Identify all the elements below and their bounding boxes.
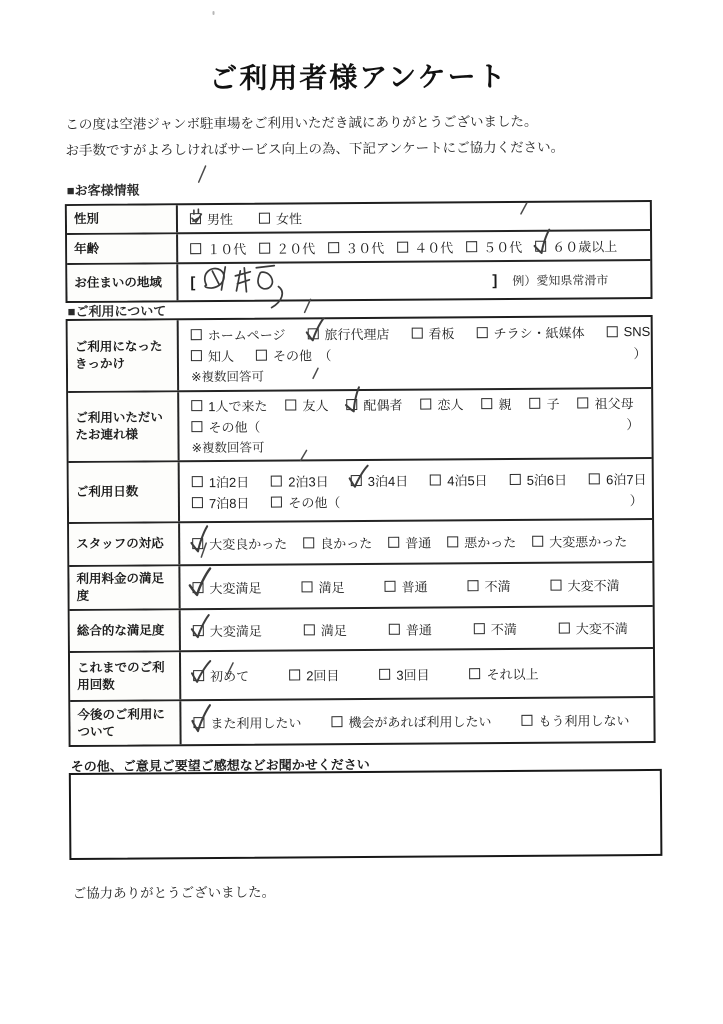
table-row: これまでのご利用回数 初めて2回目3回目それ以上 bbox=[70, 647, 653, 700]
checkbox[interactable] bbox=[420, 398, 431, 409]
checkbox[interactable] bbox=[191, 400, 202, 411]
option-label: 友人 bbox=[302, 395, 328, 414]
checkbox[interactable] bbox=[389, 623, 400, 634]
checkbox[interactable] bbox=[521, 715, 532, 726]
option: 普通 bbox=[388, 533, 431, 552]
option-label: 不満 bbox=[491, 618, 517, 637]
option-label: 女性 bbox=[276, 208, 302, 227]
row-options: 男性女性 bbox=[178, 202, 650, 232]
checkbox[interactable] bbox=[256, 349, 267, 360]
option: ５０代 bbox=[466, 236, 522, 255]
option-label: 大変不満 bbox=[568, 575, 620, 594]
option: 5泊6日 bbox=[510, 469, 568, 488]
option-line: 知人その他 （） bbox=[191, 342, 651, 365]
table-row: ご利用いただいたお連れ様1人で来た友人 配偶者恋人親子祖父母その他（）※複数回答… bbox=[68, 387, 651, 461]
option-label: その他（ bbox=[208, 416, 260, 435]
option-checked: 大変良かった bbox=[192, 534, 287, 554]
row-label: ご利用になったきっかけ bbox=[68, 320, 179, 391]
checkbox[interactable] bbox=[193, 625, 204, 636]
table-row: スタッフの対応 大変良かった良かった普通悪かった大変悪かった bbox=[69, 518, 652, 565]
option-label: ホームページ bbox=[208, 324, 286, 344]
option-checked: また利用したい bbox=[193, 712, 301, 732]
checkbox[interactable] bbox=[388, 537, 399, 548]
table-row: お住まいの地域[ ]例）愛知県常滑市 bbox=[67, 259, 650, 301]
option-label: 祖父母 bbox=[594, 393, 633, 412]
option-line: ホームページ 旅行代理店看板チラシ・紙媒体SNS bbox=[191, 321, 651, 344]
option-label: また利用したい bbox=[210, 712, 301, 732]
checkbox[interactable] bbox=[466, 241, 477, 252]
option: チラシ・紙媒体 bbox=[476, 322, 584, 342]
pen-slash-mark bbox=[196, 164, 208, 184]
row-options: 初めて2回目3回目それ以上 bbox=[181, 649, 653, 699]
option: SNS bbox=[606, 323, 650, 338]
option: 満足 bbox=[304, 620, 347, 639]
customer-info-table: 性別 男性女性年齢１０代２０代３０代４０代５０代 ６０歳以上お住まいの地域[ ]… bbox=[65, 200, 653, 303]
checkbox[interactable] bbox=[607, 326, 618, 337]
option-label: 親 bbox=[498, 393, 511, 412]
option: 2回目 bbox=[289, 665, 339, 684]
option-label: 3回目 bbox=[396, 665, 429, 684]
option-label: 不満 bbox=[484, 575, 510, 594]
checkbox[interactable] bbox=[271, 496, 282, 507]
option-line: 男性女性 bbox=[190, 206, 642, 229]
row-label: ご利用いただいたお連れ様 bbox=[68, 392, 179, 461]
option-label: 大変悪かった bbox=[549, 531, 627, 551]
option-label: 普通 bbox=[406, 619, 432, 638]
checkbox[interactable] bbox=[430, 474, 441, 485]
option: 機会があれば利用したい bbox=[331, 711, 491, 731]
scanned-survey-sheet: ご利用者様アンケート この度は空港ジャンボ駐車場をご利用いただき誠にありがとうご… bbox=[0, 0, 723, 1024]
checkbox[interactable] bbox=[192, 476, 203, 487]
option: １０代 bbox=[190, 238, 246, 257]
checkbox[interactable] bbox=[385, 580, 396, 591]
intro-line-1: この度は空港ジャンボ駐車場をご利用いただき誠にありがとうございました。 bbox=[65, 109, 564, 138]
checkbox[interactable] bbox=[304, 624, 315, 635]
option-label: 4泊5日 bbox=[447, 470, 488, 489]
option-line: 1人で来た友人 配偶者恋人親子祖父母 bbox=[191, 392, 643, 415]
option-label: 旅行代理店 bbox=[324, 323, 389, 342]
option-label: １０代 bbox=[207, 238, 246, 257]
option-label: 6泊7日 bbox=[606, 469, 647, 488]
close-paren: ） bbox=[630, 490, 647, 509]
option-label: もう利用しない bbox=[538, 710, 629, 730]
option-label: 恋人 bbox=[437, 394, 463, 413]
option: 女性 bbox=[259, 208, 302, 227]
option-label: 看板 bbox=[428, 323, 454, 342]
option: 看板 bbox=[411, 323, 454, 342]
option-label: 大変満足 bbox=[209, 577, 261, 596]
option-line: １０代２０代３０代４０代５０代 ６０歳以上 bbox=[190, 235, 642, 258]
option-line: 7泊8日その他（） bbox=[192, 489, 647, 512]
row-options: 大変満足満足普通不満大変不満 bbox=[180, 563, 652, 608]
option-label: 2泊3日 bbox=[288, 471, 329, 490]
option: 友人 bbox=[285, 395, 328, 414]
checkbox[interactable] bbox=[551, 579, 562, 590]
option-label: 子 bbox=[546, 393, 559, 412]
option-label: チラシ・紙媒体 bbox=[493, 322, 584, 342]
checkbox[interactable] bbox=[470, 668, 481, 679]
row-label: これまでのご利用回数 bbox=[70, 652, 181, 700]
bracket-close: ] bbox=[492, 272, 497, 289]
option-label: SNS bbox=[623, 323, 650, 338]
option-checked: 配偶者 bbox=[346, 394, 402, 413]
option-label: 1人で来た bbox=[208, 395, 267, 414]
option-line: 大変良かった良かった普通悪かった大変悪かった bbox=[192, 531, 644, 554]
option-label: 普通 bbox=[405, 533, 431, 552]
row-options: 1泊2日2泊3日 3泊4日4泊5日5泊6日6泊7日7泊8日その他（） bbox=[180, 459, 655, 521]
comments-box[interactable] bbox=[69, 769, 663, 860]
checkbox[interactable] bbox=[331, 716, 342, 727]
option-label: 大変良かった bbox=[209, 534, 287, 554]
checkbox[interactable] bbox=[307, 328, 318, 339]
table-row: 性別 男性女性 bbox=[67, 202, 650, 233]
option-label: 配偶者 bbox=[363, 394, 402, 413]
option-line: ※複数回答可 bbox=[191, 363, 651, 386]
row-options: 大変良かった良かった普通悪かった大変悪かった bbox=[180, 520, 652, 564]
page-title: ご利用者様アンケート bbox=[0, 53, 720, 98]
option: ３０代 bbox=[328, 237, 384, 256]
option-label: 悪かった bbox=[464, 532, 516, 551]
option-line: 大変満足満足普通不満大変不満 bbox=[193, 617, 645, 640]
option-checked: 大変満足 bbox=[192, 577, 261, 596]
checkbox[interactable] bbox=[328, 242, 339, 253]
row-options: 1人で来た友人 配偶者恋人親子祖父母その他（）※複数回答可 bbox=[179, 389, 651, 460]
option-label: 初めて bbox=[210, 666, 249, 685]
table-row: ご利用になったきっかけホームページ 旅行代理店看板チラシ・紙媒体SNS知人その他… bbox=[68, 317, 651, 391]
option-label: ５０代 bbox=[483, 236, 522, 255]
checkbox[interactable] bbox=[346, 399, 357, 410]
checkbox[interactable] bbox=[530, 397, 541, 408]
option-checked: 男性 bbox=[190, 209, 233, 228]
option-label: 男性 bbox=[207, 209, 233, 228]
checkbox[interactable] bbox=[271, 475, 282, 486]
option: 子 bbox=[529, 393, 559, 412]
checkbox[interactable] bbox=[301, 581, 312, 592]
handwriting-icon bbox=[192, 258, 316, 311]
option-line: 1泊2日2泊3日 3泊4日4泊5日5泊6日6泊7日 bbox=[192, 468, 647, 491]
option-label: 1泊2日 bbox=[209, 471, 250, 490]
section-heading-customer-info: ■お客様情報 bbox=[67, 180, 140, 200]
option: もう利用しない bbox=[521, 710, 629, 730]
option-label: ６０歳以上 bbox=[552, 236, 617, 255]
option-label: 良かった bbox=[320, 533, 372, 552]
checkbox[interactable] bbox=[259, 213, 270, 224]
option-label: 知人 bbox=[208, 345, 234, 364]
option: 満足 bbox=[301, 577, 344, 596]
checkbox[interactable] bbox=[535, 240, 546, 251]
option: それ以上 bbox=[470, 664, 539, 683]
row-options: また利用したい機会があれば利用したいもう利用しない bbox=[181, 698, 653, 744]
option: 普通 bbox=[389, 619, 432, 638]
handwritten-text bbox=[198, 266, 310, 297]
close-paren: ） bbox=[633, 342, 650, 361]
option-checked: ６０歳以上 bbox=[535, 236, 617, 256]
checkbox[interactable] bbox=[379, 669, 390, 680]
option-line: その他（） bbox=[191, 413, 643, 436]
option: 4泊5日 bbox=[430, 470, 488, 489]
option: 知人 bbox=[191, 345, 234, 364]
checkbox[interactable] bbox=[193, 717, 204, 728]
option: 大変不満 bbox=[559, 618, 628, 637]
option-label: 普通 bbox=[401, 576, 427, 595]
intro-text: この度は空港ジャンボ駐車場をご利用いただき誠にありがとうございました。 お手数で… bbox=[65, 109, 564, 164]
checkbox[interactable] bbox=[468, 580, 479, 591]
option-label: 満足 bbox=[321, 620, 347, 639]
checkbox[interactable] bbox=[193, 670, 204, 681]
example-text: 例）愛知県常滑市 bbox=[512, 271, 608, 289]
checkbox[interactable] bbox=[191, 350, 202, 361]
row-label: 総合的な満足度 bbox=[70, 610, 181, 651]
table-row: 年齢１０代２０代３０代４０代５０代 ６０歳以上 bbox=[67, 229, 650, 263]
option: 7泊8日 bbox=[192, 492, 250, 511]
row-label: 今後のご利用について bbox=[70, 701, 181, 745]
checkbox[interactable] bbox=[476, 327, 487, 338]
option-label: ４０代 bbox=[414, 237, 453, 256]
option-label: それ以上 bbox=[487, 664, 539, 683]
checkbox[interactable] bbox=[303, 537, 314, 548]
checkbox[interactable] bbox=[447, 536, 458, 547]
option: 1人で来た bbox=[191, 395, 267, 415]
option: その他 （ bbox=[256, 345, 332, 365]
checkbox[interactable] bbox=[481, 398, 492, 409]
option-label: 3泊4日 bbox=[368, 470, 409, 489]
row-options: [ ]例）愛知県常滑市 bbox=[178, 261, 650, 300]
option: ホームページ bbox=[191, 324, 286, 344]
option: 6泊7日 bbox=[589, 469, 647, 488]
checkbox[interactable] bbox=[578, 397, 589, 408]
row-label: ご利用日数 bbox=[69, 462, 180, 522]
multi-answer-note: ※複数回答可 bbox=[191, 367, 264, 386]
row-label: 年齢 bbox=[67, 234, 178, 263]
checkbox[interactable] bbox=[510, 473, 521, 484]
checkbox[interactable] bbox=[397, 241, 408, 252]
checkbox[interactable] bbox=[191, 421, 202, 432]
spacer bbox=[311, 280, 491, 281]
option: 祖父母 bbox=[577, 393, 633, 412]
option: 大変悪かった bbox=[532, 531, 627, 551]
row-label: 性別 bbox=[67, 205, 178, 233]
row-options: 大変満足満足普通不満大変不満 bbox=[181, 607, 653, 650]
option: 1泊2日 bbox=[192, 471, 250, 490]
option-line: 大変満足満足普通不満大変不満 bbox=[192, 574, 644, 597]
table-row: 利用料金の満足度 大変満足満足普通不満大変不満 bbox=[69, 561, 652, 609]
option-label: 2回目 bbox=[306, 665, 339, 684]
option-line: 初めて2回目3回目それ以上 bbox=[193, 663, 645, 686]
option: 親 bbox=[481, 393, 511, 412]
option: 2泊3日 bbox=[271, 471, 329, 490]
option: 普通 bbox=[384, 576, 427, 595]
checkbox[interactable] bbox=[285, 399, 296, 410]
checkbox[interactable] bbox=[289, 669, 300, 680]
row-label: 利用料金の満足度 bbox=[69, 566, 180, 609]
option: 恋人 bbox=[420, 394, 463, 413]
scribble-mark-icon bbox=[188, 209, 207, 228]
scan-speck bbox=[212, 11, 214, 15]
option: 大変不満 bbox=[551, 575, 620, 594]
option-label: その他（ bbox=[288, 492, 340, 511]
checkbox[interactable] bbox=[192, 582, 203, 593]
checkbox[interactable] bbox=[589, 473, 600, 484]
checkbox[interactable] bbox=[190, 213, 201, 224]
multi-answer-note: ※複数回答可 bbox=[191, 438, 264, 457]
option-label: ３０代 bbox=[345, 237, 384, 256]
option: その他（ bbox=[271, 492, 340, 511]
checkbox[interactable] bbox=[532, 536, 543, 547]
option: 悪かった bbox=[447, 532, 516, 551]
closing-text: ご協力ありがとうございました。 bbox=[73, 881, 276, 902]
option-checked: 旅行代理店 bbox=[307, 323, 389, 343]
checkbox[interactable] bbox=[259, 242, 270, 253]
row-label: スタッフの対応 bbox=[69, 523, 180, 565]
option-label: 機会があれば利用したい bbox=[348, 711, 491, 731]
option: その他（ bbox=[191, 416, 260, 435]
checkbox[interactable] bbox=[474, 623, 485, 634]
option: ４０代 bbox=[397, 237, 453, 256]
section-heading-usage: ■ご利用について bbox=[68, 300, 167, 320]
usage-table: ご利用になったきっかけホームページ 旅行代理店看板チラシ・紙媒体SNS知人その他… bbox=[66, 315, 656, 747]
checkbox[interactable] bbox=[411, 327, 422, 338]
option-label: 5泊6日 bbox=[527, 469, 568, 488]
option: 不満 bbox=[467, 575, 510, 594]
close-paren: ） bbox=[626, 414, 643, 433]
table-row: ご利用日数1泊2日2泊3日 3泊4日4泊5日5泊6日6泊7日7泊8日その他（） bbox=[69, 457, 652, 522]
option: 良かった bbox=[303, 533, 372, 552]
checkbox[interactable] bbox=[191, 329, 202, 340]
checkbox[interactable] bbox=[559, 622, 570, 633]
row-label: お住まいの地域 bbox=[67, 264, 178, 301]
option-line: ※複数回答可 bbox=[191, 434, 643, 457]
option-label: その他 （ bbox=[273, 345, 332, 364]
option: ２０代 bbox=[259, 238, 315, 257]
option-label: ２０代 bbox=[276, 238, 315, 257]
option-checked: 大変満足 bbox=[193, 620, 262, 639]
option-label: 大変不満 bbox=[576, 618, 628, 637]
option-label: 7泊8日 bbox=[209, 492, 250, 511]
option-line: また利用したい機会があれば利用したいもう利用しない bbox=[193, 710, 645, 733]
row-options: １０代２０代３０代４０代５０代 ６０歳以上 bbox=[178, 231, 650, 262]
option-label: 満足 bbox=[318, 577, 344, 596]
checkbox[interactable] bbox=[192, 538, 203, 549]
option-checked: 3泊4日 bbox=[351, 470, 409, 489]
option: 3回目 bbox=[379, 665, 429, 684]
table-row: 総合的な満足度 大変満足満足普通不満大変不満 bbox=[70, 605, 653, 651]
table-row: 今後のご利用について また利用したい機会があれば利用したいもう利用しない bbox=[70, 696, 653, 745]
option-checked: 初めて bbox=[193, 666, 249, 685]
checkbox[interactable] bbox=[190, 243, 201, 254]
checkbox[interactable] bbox=[192, 497, 203, 508]
option: 不満 bbox=[474, 618, 517, 637]
checkbox[interactable] bbox=[351, 474, 362, 485]
option-label: 大変満足 bbox=[210, 620, 262, 639]
intro-line-2: お手数ですがよろしければサービス向上の為、下記アンケートにご協力ください。 bbox=[65, 135, 564, 164]
row-options: ホームページ 旅行代理店看板チラシ・紙媒体SNS知人その他 （）※複数回答可 bbox=[179, 317, 659, 390]
